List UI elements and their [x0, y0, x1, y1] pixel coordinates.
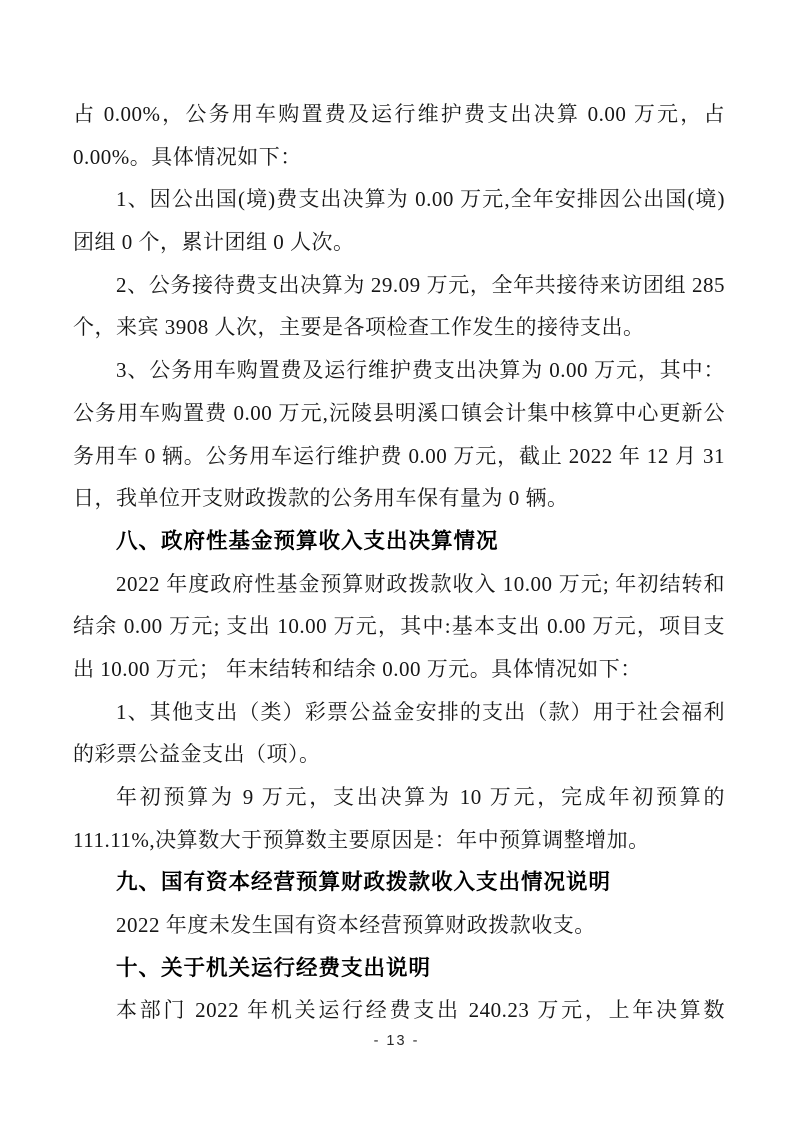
section-heading-x: 十、关于机关运行经费支出说明 [73, 947, 725, 990]
body-line: 2022 年度政府性基金预算财政拨款收入 10.00 万元; 年初结转和 [73, 563, 725, 606]
body-line: 1、其他支出（类）彩票公益金安排的支出（款）用于社会福利 [73, 691, 725, 734]
body-line: 本部门 2022 年机关运行经费支出 240.23 万元，上年决算数 [73, 989, 725, 1032]
section-heading-viii: 八、政府性基金预算收入支出决算情况 [73, 520, 725, 563]
body-line: 结余 0.00 万元; 支出 10.00 万元，其中:基本支出 0.00 万元，… [73, 605, 725, 648]
body-line: 团组 0 个，累计团组 0 人次。 [73, 221, 725, 264]
body-line: 务用车 0 辆。公务用车运行维护费 0.00 万元，截止 2022 年 12 月… [73, 435, 725, 478]
body-line: 的彩票公益金支出（项）。 [73, 733, 725, 776]
document-text-block: 占 0.00%，公务用车购置费及运行维护费支出决算 0.00 万元，占 0.00… [73, 93, 725, 1032]
document-page: 占 0.00%，公务用车购置费及运行维护费支出决算 0.00 万元，占 0.00… [0, 0, 793, 1122]
body-line: 2、公务接待费支出决算为 29.09 万元，全年共接待来访团组 285 [73, 264, 725, 307]
section-heading-ix: 九、国有资本经营预算财政拨款收入支出情况说明 [73, 861, 725, 904]
body-line: 1、因公出国(境)费支出决算为 0.00 万元,全年安排因公出国(境) [73, 178, 725, 221]
body-line: 占 0.00%，公务用车购置费及运行维护费支出决算 0.00 万元，占 [73, 93, 725, 136]
body-line: 0.00%。具体情况如下： [73, 136, 725, 179]
body-line: 公务用车购置费 0.00 万元,沅陵县明溪口镇会计集中核算中心更新公 [73, 392, 725, 435]
body-line: 3、公务用车购置费及运行维护费支出决算为 0.00 万元，其中： [73, 349, 725, 392]
body-line: 日，我单位开支财政拨款的公务用车保有量为 0 辆。 [73, 477, 725, 520]
body-line: 2022 年度未发生国有资本经营预算财政拨款收支。 [73, 904, 725, 947]
page-number: - 13 - [0, 1033, 793, 1049]
body-line: 年初预算为 9 万元，支出决算为 10 万元，完成年初预算的 [73, 776, 725, 819]
body-line: 111.11%,决算数大于预算数主要原因是：年中预算调整增加。 [73, 819, 725, 862]
body-line: 个，来宾 3908 人次，主要是各项检查工作发生的接待支出。 [73, 306, 725, 349]
body-line: 出 10.00 万元； 年末结转和结余 0.00 万元。具体情况如下： [73, 648, 725, 691]
